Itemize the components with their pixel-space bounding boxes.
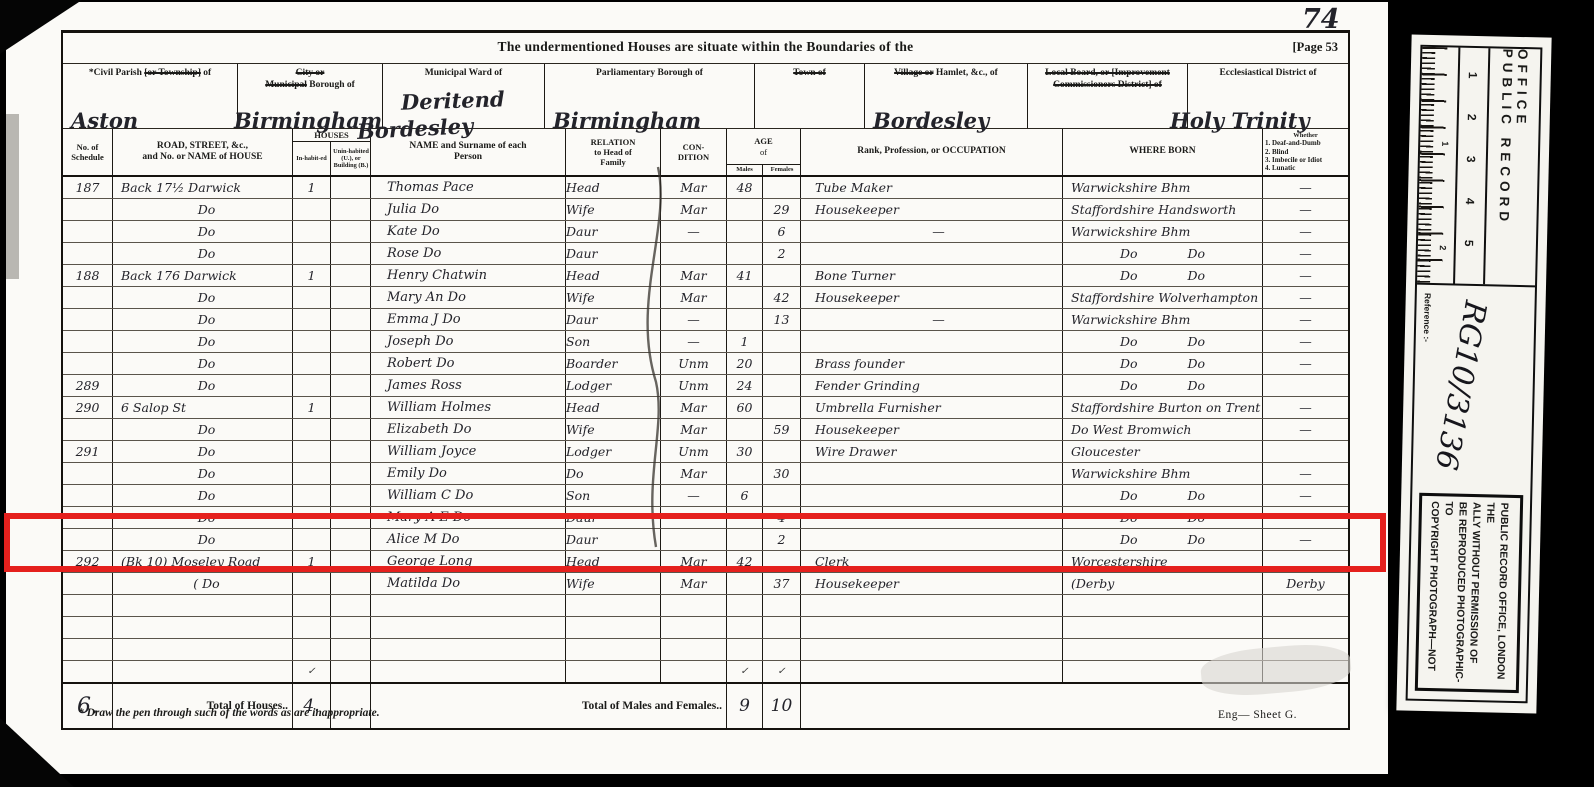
cell-am: [727, 573, 763, 594]
col-header-condition: CON-DITION: [661, 129, 727, 175]
town-label: Town of: [793, 68, 826, 78]
pro-strip-frame: 1 2 1 2 3 4 5 PUBLIC RECORD OFFICE Refer…: [1406, 45, 1543, 704]
cell-inh: [293, 353, 331, 374]
cell-rel: [566, 595, 661, 616]
cell-wh: —: [1263, 199, 1348, 220]
cell-born: Do West Bromwich: [1063, 419, 1263, 440]
cell-born: Do Do: [1063, 265, 1263, 286]
total-females-value: 10: [763, 684, 801, 728]
cell-am: ✓: [727, 661, 763, 682]
cell-rel: Daur: [566, 309, 661, 330]
cell-name: Julia Do: [371, 199, 566, 220]
cell-am: 48: [727, 177, 763, 198]
cell-inh: [293, 199, 331, 220]
cell-occ: [801, 617, 1063, 638]
page-label: [Page 53: [1293, 40, 1338, 55]
cell-uninh: [331, 661, 371, 682]
ruler-scale: 1 2 3 4 5: [1455, 48, 1490, 285]
cell-af: [763, 441, 801, 462]
col-header-uninhabited: Unin-habited (U.), or Building (B.): [331, 142, 371, 175]
table-title: The undermentioned Houses are situate wi…: [63, 39, 1348, 55]
cell-born: Warwickshire Bhm: [1063, 463, 1263, 484]
table-row: 187Back 17½ Darwick1Thomas PaceHeadMar48…: [63, 177, 1348, 199]
field-local-board: Local Board, or [Improvement Commissione…: [1028, 64, 1188, 128]
cell-am: [727, 199, 763, 220]
cell-rel: Head: [566, 265, 661, 286]
cell-inh: 1: [293, 177, 331, 198]
cell-name: Emma J Do: [371, 309, 566, 330]
cell-wh: —: [1263, 287, 1348, 308]
cell-rel: [566, 639, 661, 660]
cell-s: 289: [63, 375, 113, 396]
cell-uninh: [331, 463, 371, 484]
cell-rel: Daur: [566, 243, 661, 264]
total-houses-label: Total of Houses..: [113, 684, 293, 728]
cell-born: Do Do: [1063, 353, 1263, 374]
cell-inh: 1: [293, 397, 331, 418]
cell-wh: —: [1263, 265, 1348, 286]
cell-cond: Mar: [661, 177, 727, 198]
cell-rel: Lodger: [566, 441, 661, 462]
cell-af: 6: [763, 221, 801, 242]
cell-name: Emily Do: [371, 463, 566, 484]
cell-name: William C Do: [371, 485, 566, 506]
cell-am: [727, 463, 763, 484]
field-municipal-ward: Municipal Ward of Deritend Bordesley: [383, 64, 545, 128]
cell-name: Mary An Do: [371, 287, 566, 308]
cell-af: [763, 639, 801, 660]
cell-uninh: [331, 177, 371, 198]
col-header-age-females: Females: [763, 165, 801, 175]
cell-born: Warwickshire Bhm: [1063, 309, 1263, 330]
cell-occ: Tube Maker: [801, 177, 1063, 198]
cell-occ: Housekeeper: [801, 199, 1063, 220]
cell-af: [763, 485, 801, 506]
cell-s: 187: [63, 177, 113, 198]
total-males-value: 9: [727, 684, 763, 728]
cell-inh: [293, 617, 331, 638]
cell-af: 59: [763, 419, 801, 440]
cell-wh: —: [1263, 309, 1348, 330]
table-body: 187Back 17½ Darwick1Thomas PaceHeadMar48…: [63, 177, 1348, 682]
hamlet-value: Bordesley: [873, 108, 989, 134]
cell-am: [727, 309, 763, 330]
cell-cond: [661, 617, 727, 638]
col-header-relation: RELATIONto Head ofFamily: [566, 129, 661, 175]
cell-inh: [293, 463, 331, 484]
totals-row: 6. Total of Houses.. 4. Total of Males a…: [63, 682, 1348, 728]
cell-s: [63, 221, 113, 242]
cell-cond: Unm: [661, 441, 727, 462]
cell-wh: —: [1263, 331, 1348, 352]
cell-wh: —: [1263, 243, 1348, 264]
col-header-age-males: Males: [727, 165, 763, 175]
cell-rel: Head: [566, 397, 661, 418]
scanned-census-screenshot: { "page": { "corner_number": "74", "page…: [0, 0, 1594, 787]
cell-uninh: [331, 441, 371, 462]
cell-name: Rose Do: [371, 243, 566, 264]
hamlet-label: Village or Hamlet, &c., of: [894, 68, 998, 78]
cell-am: 60: [727, 397, 763, 418]
cell-rel: [566, 617, 661, 638]
pro-reference-area: Reference :- RG10/3136: [1412, 285, 1535, 496]
cell-uninh: [331, 485, 371, 506]
field-town: Town of: [755, 64, 865, 128]
form-footnote: * Draw the pen through such of the words…: [78, 707, 380, 719]
cell-uninh: [331, 595, 371, 616]
col-header-age: AGEof Males Females: [727, 129, 801, 175]
cell-uninh: [331, 397, 371, 418]
cell-cond: [661, 243, 727, 264]
cell-inh: [293, 639, 331, 660]
cell-af: 42: [763, 287, 801, 308]
parliamentary-borough-value: Birmingham: [553, 108, 701, 134]
cell-uninh: [331, 419, 371, 440]
table-row: 291DoWilliam JoyceLodgerUnm30Wire Drawer…: [63, 441, 1348, 463]
cell-road: 6 Salop St: [113, 397, 293, 418]
cell-uninh: [331, 617, 371, 638]
census-table: The undermentioned Houses are situate wi…: [61, 30, 1350, 730]
cell-cond: Mar: [661, 463, 727, 484]
cell-road: Do: [113, 199, 293, 220]
cell-road: [113, 595, 293, 616]
cell-road: Do: [113, 441, 293, 462]
field-hamlet: Village or Hamlet, &c., of Bordesley: [865, 64, 1028, 128]
cell-road: Back 176 Darwick: [113, 265, 293, 286]
cell-am: [727, 287, 763, 308]
cell-occ: Wire Drawer: [801, 441, 1063, 462]
cell-occ: [801, 463, 1063, 484]
cell-uninh: [331, 331, 371, 352]
cell-inh: ✓: [293, 661, 331, 682]
cell-occ: Brass founder: [801, 353, 1063, 374]
pro-reference-strip: 1 2 1 2 3 4 5 PUBLIC RECORD OFFICE Refer…: [1396, 34, 1551, 713]
ward-value: Deritend: [401, 86, 505, 116]
cell-am: [727, 617, 763, 638]
municipal-ward-label: Municipal Ward of: [425, 68, 502, 78]
cell-s: 290: [63, 397, 113, 418]
cell-s: [63, 661, 113, 682]
col-header-schedule: No. ofSchedule: [63, 129, 113, 175]
table-row: ✓✓✓: [63, 661, 1348, 682]
table-row: DoJoseph DoSon—1Do Do—: [63, 331, 1348, 353]
borough-label: City or Municipal Borough of: [265, 68, 355, 90]
cell-uninh: [331, 573, 371, 594]
col-header-inhabited: In-habit-ed: [293, 142, 331, 175]
col-header-whether: Whether 1. Deaf-and-Dumb 2. Blind 3. Imb…: [1263, 129, 1348, 175]
cell-am: [727, 243, 763, 264]
cell-occ: [801, 639, 1063, 660]
cell-occ: Umbrella Furnisher: [801, 397, 1063, 418]
cell-uninh: [331, 309, 371, 330]
cell-uninh: [331, 287, 371, 308]
cell-occ: Housekeeper: [801, 573, 1063, 594]
cell-am: [727, 595, 763, 616]
cell-wh: —: [1263, 177, 1348, 198]
cell-rel: Son: [566, 485, 661, 506]
cell-rel: Do: [566, 463, 661, 484]
cell-uninh: [331, 639, 371, 660]
cell-cond: Mar: [661, 265, 727, 286]
cell-rel: Son: [566, 331, 661, 352]
cell-name: Elizabeth Do: [371, 419, 566, 440]
cell-cond: Unm: [661, 375, 727, 396]
cell-uninh: [331, 199, 371, 220]
cell-name: William Holmes: [371, 397, 566, 418]
cell-wh: [1263, 617, 1348, 638]
cell-road: Do: [113, 463, 293, 484]
cell-s: 188: [63, 265, 113, 286]
cell-inh: [293, 331, 331, 352]
table-row: DoEmily DoDoMar30Warwickshire Bhm—: [63, 463, 1348, 485]
ecclesiastical-district-value: Holy Trinity: [1170, 108, 1310, 134]
cell-born: Do Do: [1063, 243, 1263, 264]
cell-road: ( Do: [113, 573, 293, 594]
cell-am: 24: [727, 375, 763, 396]
cell-af: 37: [763, 573, 801, 594]
cell-s: [63, 331, 113, 352]
cell-road: [113, 661, 293, 682]
table-row: DoJulia DoWifeMar29HousekeeperStaffordsh…: [63, 199, 1348, 221]
cell-am: 30: [727, 441, 763, 462]
cell-cond: Mar: [661, 419, 727, 440]
cell-road: Do: [113, 353, 293, 374]
cell-inh: [293, 485, 331, 506]
cell-inh: [293, 309, 331, 330]
ruler-ticks: 1 2: [1417, 47, 1460, 284]
cell-name: Matilda Do: [371, 573, 566, 594]
cell-born: Staffordshire Burton on Trent: [1063, 397, 1263, 418]
cell-inh: [293, 375, 331, 396]
cell-name: Joseph Do: [371, 331, 566, 352]
cell-rel: Lodger: [566, 375, 661, 396]
cell-am: [727, 221, 763, 242]
cell-inh: [293, 221, 331, 242]
cell-name: [371, 617, 566, 638]
totals-spacer-1: [331, 684, 371, 728]
table-row: DoMary An DoWifeMar42HousekeeperStafford…: [63, 287, 1348, 309]
col-header-road: ROAD, STREET, &c.,and No. or NAME of HOU…: [113, 129, 293, 175]
cell-born: [1063, 617, 1263, 638]
cell-born: Do Do: [1063, 485, 1263, 506]
cell-wh: —: [1263, 397, 1348, 418]
cell-cond: Mar: [661, 397, 727, 418]
cell-road: Do: [113, 309, 293, 330]
cell-occ: [801, 331, 1063, 352]
parliamentary-borough-label: Parliamentary Borough of: [596, 68, 703, 78]
table-row: DoRose DoDaur2Do Do—: [63, 243, 1348, 265]
totals-left-note: 6.: [63, 684, 113, 728]
ecclesiastical-district-label: Ecclesiastical District of: [1219, 68, 1316, 78]
field-civil-parish: *Civil Parish [or Township] of Aston: [63, 64, 238, 128]
field-ecclesiastical-district: Ecclesiastical District of Holy Trinity: [1188, 64, 1348, 128]
cell-road: Back 17½ Darwick: [113, 177, 293, 198]
cell-af: 13: [763, 309, 801, 330]
cell-s: [63, 243, 113, 264]
col-header-occupation: Rank, Profession, or OCCUPATION: [801, 129, 1063, 175]
cell-wh: [1263, 375, 1348, 396]
cell-rel: Daur: [566, 221, 661, 242]
column-headers: No. ofSchedule ROAD, STREET, &c.,and No.…: [63, 129, 1348, 177]
cell-s: [63, 353, 113, 374]
cell-wh: —: [1263, 419, 1348, 440]
table-row: 289DoJames RossLodgerUnm24Fender Grindin…: [63, 375, 1348, 397]
cell-occ: —: [801, 221, 1063, 242]
cell-road: [113, 617, 293, 638]
table-row: DoWilliam C DoSon—6Do Do—: [63, 485, 1348, 507]
cell-name: [371, 661, 566, 682]
cell-am: 20: [727, 353, 763, 374]
cell-cond: Mar: [661, 199, 727, 220]
cell-born: Staffordshire Wolverhampton: [1063, 287, 1263, 308]
cell-uninh: [331, 375, 371, 396]
cell-born: Do Do: [1063, 331, 1263, 352]
cell-road: Do: [113, 221, 293, 242]
cell-af: [763, 375, 801, 396]
cell-inh: [293, 573, 331, 594]
cell-rel: Wife: [566, 573, 661, 594]
cell-wh: Derby: [1263, 573, 1348, 594]
document-sheet: 74 The undermentioned Houses are situate…: [6, 2, 1388, 774]
cell-occ: [801, 485, 1063, 506]
cell-cond: [661, 661, 727, 682]
cell-name: Thomas Pace: [371, 177, 566, 198]
cell-name: [371, 639, 566, 660]
cell-af: 30: [763, 463, 801, 484]
cell-name: James Ross: [371, 375, 566, 396]
cell-rel: Boarder: [566, 353, 661, 374]
district-header-band: *Civil Parish [or Township] of Aston Cit…: [63, 64, 1348, 129]
table-row: [63, 595, 1348, 617]
cell-inh: 1: [293, 265, 331, 286]
cell-s: [63, 595, 113, 616]
cell-am: 1: [727, 331, 763, 352]
cell-am: 6: [727, 485, 763, 506]
cell-am: [727, 419, 763, 440]
col-header-where-born: WHERE BORN: [1063, 129, 1263, 175]
cell-af: [763, 265, 801, 286]
table-row: DoKate DoDaur—6—Warwickshire Bhm—: [63, 221, 1348, 243]
cell-wh: —: [1263, 221, 1348, 242]
table-row: ( DoMatilda DoWifeMar37Housekeeper(Derby…: [63, 573, 1348, 595]
cell-cond: Unm: [661, 353, 727, 374]
cell-s: [63, 485, 113, 506]
pro-copyright-box: COPYRIGHT PHOTOGRAPH—NOT TO BE REPRODUCE…: [1415, 493, 1523, 693]
cell-s: [63, 463, 113, 484]
cell-cond: [661, 639, 727, 660]
cell-inh: [293, 441, 331, 462]
cell-born: [1063, 595, 1263, 616]
cell-road: Do: [113, 419, 293, 440]
cell-road: Do: [113, 331, 293, 352]
cell-af: [763, 617, 801, 638]
cell-name: William Joyce: [371, 441, 566, 462]
cell-born: Gloucester: [1063, 441, 1263, 462]
cell-af: 2: [763, 243, 801, 264]
cell-af: [763, 177, 801, 198]
cell-name: Robert Do: [371, 353, 566, 374]
pro-office-label-box: PUBLIC RECORD OFFICE: [1485, 48, 1540, 285]
cell-name: Henry Chatwin: [371, 265, 566, 286]
pro-office-label: PUBLIC RECORD OFFICE: [1495, 49, 1530, 286]
title-band: The undermentioned Houses are situate wi…: [63, 33, 1348, 64]
cell-s: [63, 419, 113, 440]
cell-rel: Wife: [566, 419, 661, 440]
cell-af: [763, 595, 801, 616]
cell-cond: Mar: [661, 287, 727, 308]
cell-inh: [293, 287, 331, 308]
cell-occ: [801, 243, 1063, 264]
total-males-females-label: Total of Males and Females..: [371, 684, 727, 728]
cell-af: [763, 397, 801, 418]
cell-occ: Housekeeper: [801, 419, 1063, 440]
cell-road: Do: [113, 287, 293, 308]
cell-cond: —: [661, 485, 727, 506]
table-row: 2906 Salop St1William HolmesHeadMar60Umb…: [63, 397, 1348, 419]
cell-inh: [293, 243, 331, 264]
cell-af: [763, 331, 801, 352]
cell-cond: —: [661, 331, 727, 352]
cell-occ: [801, 595, 1063, 616]
cell-cond: [661, 595, 727, 616]
pro-ruler: 1 2 1 2 3 4 5 PUBLIC RECORD OFFICE: [1417, 47, 1540, 288]
pro-reference-value: RG10/3136: [1428, 298, 1493, 473]
civil-parish-value: Aston: [71, 108, 138, 134]
cell-am: 41: [727, 265, 763, 286]
table-row: DoRobert DoBoarderUnm20Brass founderDo D…: [63, 353, 1348, 375]
cell-s: 291: [63, 441, 113, 462]
cell-af: ✓: [763, 661, 801, 682]
cell-born: (Derby: [1063, 573, 1263, 594]
cell-wh: [1263, 441, 1348, 462]
cell-wh: [1263, 595, 1348, 616]
cell-road: Do: [113, 375, 293, 396]
cell-s: [63, 617, 113, 638]
cell-inh: [293, 595, 331, 616]
cell-uninh: [331, 265, 371, 286]
table-row: 188Back 176 Darwick1Henry ChatwinHeadMar…: [63, 265, 1348, 287]
cell-occ: —: [801, 309, 1063, 330]
cell-s: [63, 573, 113, 594]
cell-road: Do: [113, 243, 293, 264]
pro-reference-label: Reference :-: [1422, 293, 1433, 342]
cell-wh: —: [1263, 353, 1348, 374]
table-row: [63, 639, 1348, 661]
cell-s: [63, 287, 113, 308]
scan-smudge-left: [6, 114, 19, 279]
ruler-inch-2: 2: [1438, 245, 1448, 250]
cell-uninh: [331, 353, 371, 374]
cell-name: [371, 595, 566, 616]
civil-parish-label: *Civil Parish [or Township] of: [89, 68, 211, 78]
cell-road: [113, 639, 293, 660]
cell-af: 29: [763, 199, 801, 220]
table-row: DoEmma J DoDaur—13—Warwickshire Bhm—: [63, 309, 1348, 331]
cell-cond: —: [661, 221, 727, 242]
cell-s: [63, 309, 113, 330]
cell-born: Warwickshire Bhm: [1063, 177, 1263, 198]
cell-rel: Wife: [566, 287, 661, 308]
cell-cond: —: [661, 309, 727, 330]
cell-cond: Mar: [661, 573, 727, 594]
table-row: DoElizabeth DoWifeMar59HousekeeperDo Wes…: [63, 419, 1348, 441]
highlight-box: [4, 513, 1386, 572]
field-parliamentary-borough: Parliamentary Borough of Birmingham: [545, 64, 755, 128]
cell-wh: —: [1263, 485, 1348, 506]
cell-name: Kate Do: [371, 221, 566, 242]
cell-s: [63, 199, 113, 220]
cell-born: Staffordshire Handsworth: [1063, 199, 1263, 220]
